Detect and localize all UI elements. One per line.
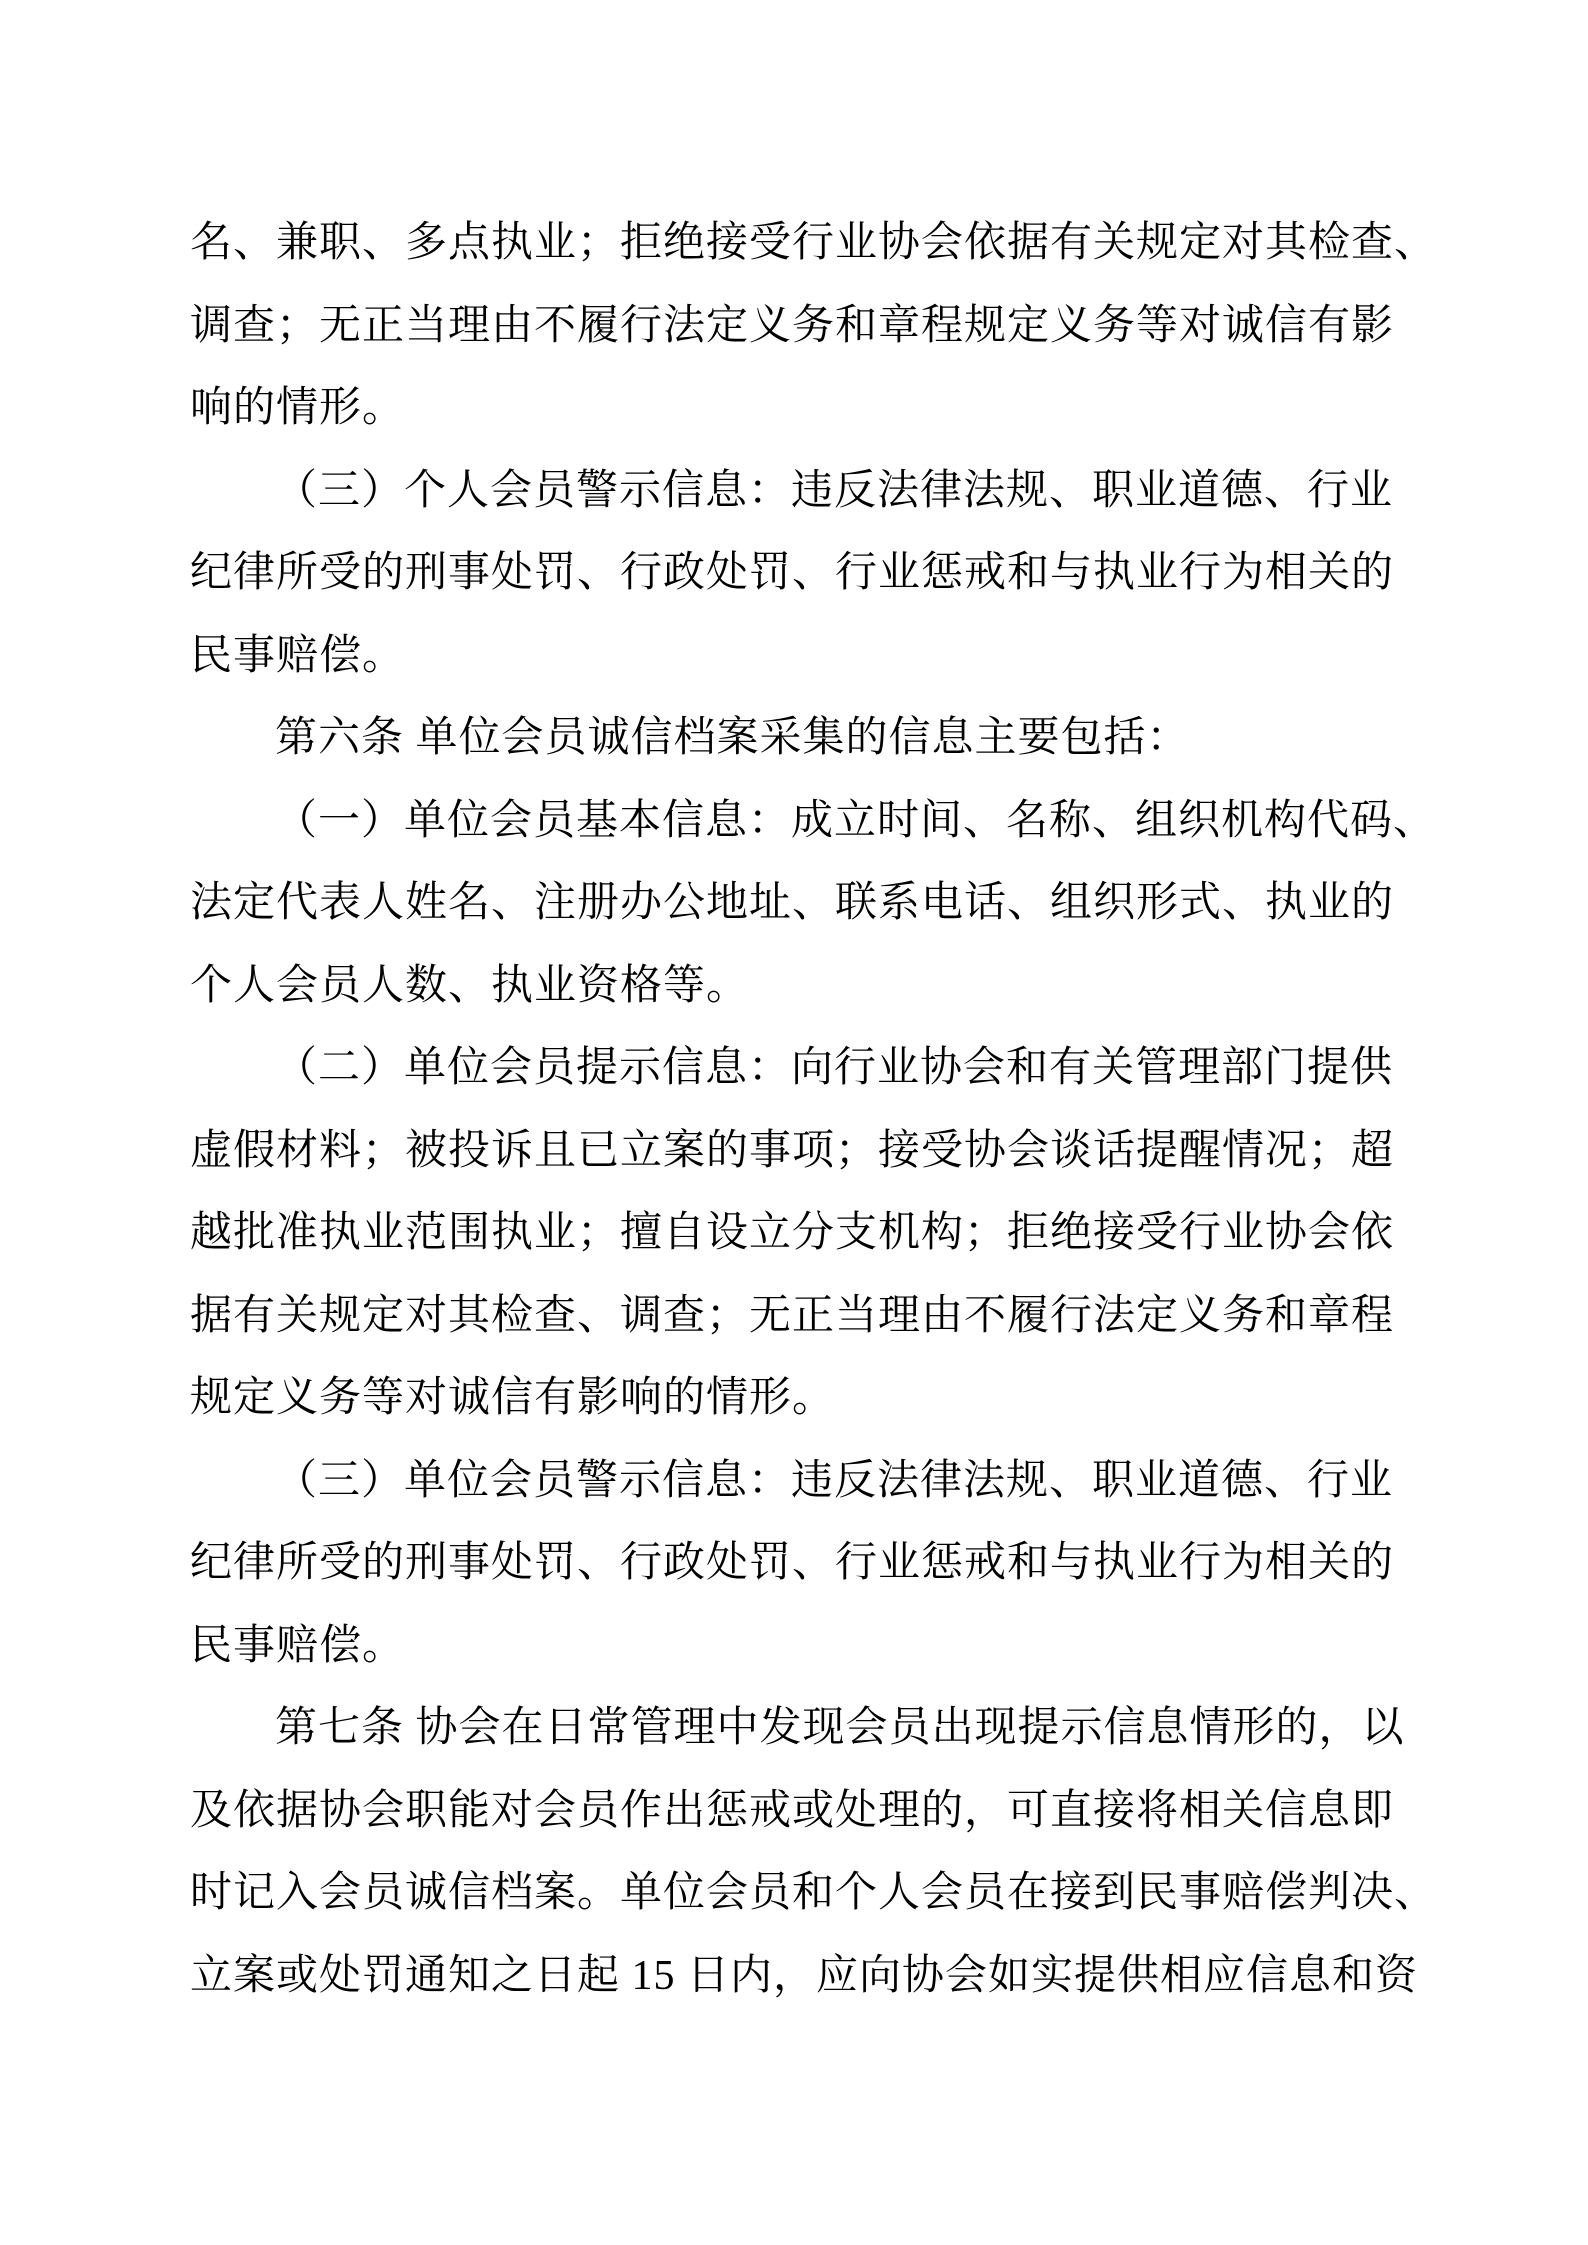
text-line: 纪律所受的刑事处罚、行政处罚、行业惩戒和与执业行为相关的 bbox=[190, 1522, 1450, 1605]
text-line: 第六条 单位会员诚信档案采集的信息主要包括： bbox=[190, 697, 1450, 780]
text-line: 及依据协会职能对会员作出惩戒或处理的，可直接将相关信息即 bbox=[190, 1770, 1450, 1853]
text-line: 第七条 协会在日常管理中发现会员出现提示信息情形的，以 bbox=[190, 1687, 1450, 1770]
text-line: 民事赔偿。 bbox=[190, 1605, 1450, 1688]
document-lines: 名、兼职、多点执业；拒绝接受行业协会依据有关规定对其检查、调查；无正当理由不履行… bbox=[190, 202, 1450, 2017]
document-page: 名、兼职、多点执业；拒绝接受行业协会依据有关规定对其检查、调查；无正当理由不履行… bbox=[0, 0, 1588, 2245]
text-line: 虚假材料；被投诉且已立案的事项；接受协会谈话提醒情况；超 bbox=[190, 1110, 1450, 1193]
text-line: 越批准执业范围执业；擅自设立分支机构；拒绝接受行业协会依 bbox=[190, 1192, 1450, 1275]
text-line: 民事赔偿。 bbox=[190, 615, 1450, 698]
text-line: 据有关规定对其检查、调查；无正当理由不履行法定义务和章程 bbox=[190, 1275, 1450, 1358]
text-line: （一）单位会员基本信息：成立时间、名称、组织机构代码、 bbox=[190, 780, 1450, 863]
text-line: 名、兼职、多点执业；拒绝接受行业协会依据有关规定对其检查、 bbox=[190, 202, 1450, 285]
text-line: （三）单位会员警示信息：违反法律法规、职业道德、行业 bbox=[190, 1440, 1450, 1523]
text-line: 时记入会员诚信档案。单位会员和个人会员在接到民事赔偿判决、 bbox=[190, 1852, 1450, 1935]
text-line: 立案或处罚通知之日起 15 日内，应向协会如实提供相应信息和资 bbox=[190, 1935, 1450, 2018]
text-line: 规定义务等对诚信有影响的情形。 bbox=[190, 1357, 1450, 1440]
text-line: 个人会员人数、执业资格等。 bbox=[190, 945, 1450, 1028]
text-line: 调查；无正当理由不履行法定义务和章程规定义务等对诚信有影 bbox=[190, 285, 1450, 368]
text-line: 响的情形。 bbox=[190, 367, 1450, 450]
text-line: （三）个人会员警示信息：违反法律法规、职业道德、行业 bbox=[190, 450, 1450, 533]
text-line: （二）单位会员提示信息：向行业协会和有关管理部门提供 bbox=[190, 1027, 1450, 1110]
text-line: 法定代表人姓名、注册办公地址、联系电话、组织形式、执业的 bbox=[190, 862, 1450, 945]
text-line: 纪律所受的刑事处罚、行政处罚、行业惩戒和与执业行为相关的 bbox=[190, 532, 1450, 615]
